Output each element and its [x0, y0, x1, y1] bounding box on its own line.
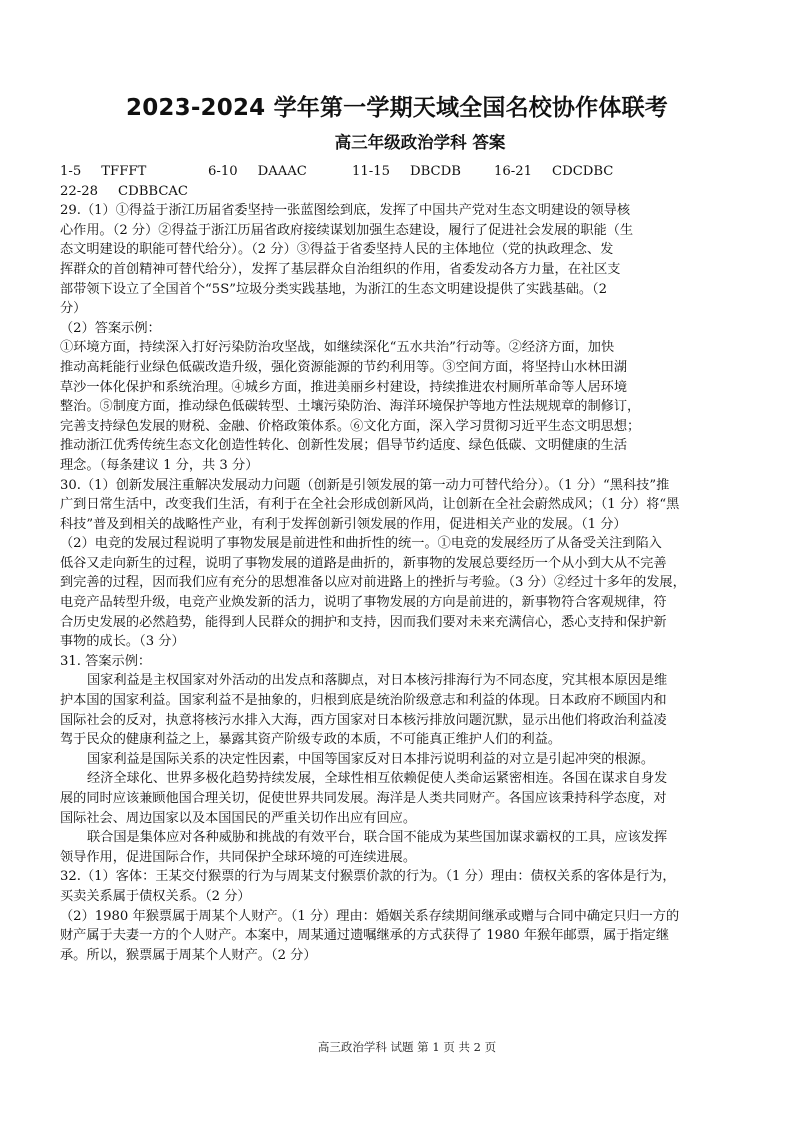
text-line: 国家利益是主权国家对外活动的出发点和落脚点，对日本核污排海行为不同态度，究其根本…	[60, 671, 732, 691]
answer-letters: CDCDBC	[552, 162, 613, 182]
text-line: 事物的成长。（3 分）	[60, 632, 732, 652]
text-line: 草沙一体化保护和系统治理。④城乡方面，推进美丽乡村建设，持续推进农村厕所革命等人…	[60, 378, 732, 398]
text-line: 挥群众的首创精神可替代给分），发挥了基层群众自治组织的作用，省委发动各方力量，在…	[60, 260, 732, 280]
question-29: 29.（1）①得益于浙江历届省委坚持一张蓝图绘到底，发挥了中国共产党对生态文明建…	[60, 201, 732, 475]
text-line: 科技”普及到相关的战略性产业，有利于发挥创新引领发展的作用，促进相关产业的发展。…	[60, 515, 732, 535]
question-30: 30.（1）创新发展注重解决发展动力问题（创新是引领发展的第一动力可替代给分）。…	[60, 476, 732, 652]
answer-key-row-2: 22-28 CDBBCAC	[60, 182, 732, 202]
text-line: 到完善的过程，因而我们应有充分的思想准备以应对前进路上的挫折与考验。（3 分）②…	[60, 573, 732, 593]
text-line: 态文明建设的职能可替代给分）。（2 分）③得益于省委坚持人民的主体地位（党的执政…	[60, 240, 732, 260]
text-line: 理念。（每条建议 1 分，共 3 分）	[60, 456, 732, 476]
text-line: 心作用。（2 分）②得益于浙江历届省政府接续谋划加强生态建设，履行了促进社会发展…	[60, 221, 732, 241]
text-line: 驾于民众的健康利益之上，暴露其资产阶级专政的本质，不可能真正维护人们的利益。	[60, 730, 732, 750]
answer-range: 11-15	[352, 162, 390, 182]
text-line: 国际社会的反对，执意将核污水排入大海，西方国家对日本核污排放问题沉默，显示出他们…	[60, 711, 732, 731]
text-line: 承。所以，猴票属于周某个人财产。（2 分）	[60, 946, 732, 966]
text-line: 完善支持绿色发展的财税、金融、价格政策体系。⑥文化方面，深入学习贯彻习近平生态文…	[60, 417, 732, 437]
answer-letters: TFFFT	[101, 162, 146, 182]
answer-letters: CDBBCAC	[118, 182, 188, 202]
text-line: 财产属于夫妻一方的个人财产。本案中，周某通过遗嘱继承的方式获得了 1980 年猴…	[60, 926, 732, 946]
answer-body: 1-5 TFFFT 6-10 DAAAC 11-15 DBCDB 16-21 C…	[60, 162, 732, 965]
text-line: 国家利益是国际关系的决定性因素，中国等国家反对日本排污说明利益的对立是引起冲突的…	[60, 750, 732, 770]
paragraph: 国家利益是国际关系的决定性因素，中国等国家反对日本排污说明利益的对立是引起冲突的…	[60, 750, 732, 770]
text-line: 分）	[60, 299, 732, 319]
text-line: 推动高耗能行业绿色低碳改造升级，强化资源能源的节约利用等。③空间方面，将坚持山水…	[60, 358, 732, 378]
text-line: （2）1980 年猴票属于周某个人财产。（1 分）理由：婚姻关系存续期间继承或赠…	[60, 907, 732, 927]
paragraph: 联合国是集体应对各种威胁和挑战的有效平台，联合国不能成为某些国加谋求霸权的工具，…	[60, 828, 732, 867]
answer-letters: DAAAC	[258, 162, 307, 182]
text-line: （2）电竞的发展过程说明了事物发展是前进性和曲折性的统一。①电竞的发展经历了从备…	[60, 534, 732, 554]
question-32: 32.（1）客体：王某交付猴票的行为与周某支付猴票价款的行为。（1 分）理由：债…	[60, 867, 732, 965]
answer-group: 16-21 CDCDBC	[494, 162, 654, 182]
paragraph: 国家利益是主权国家对外活动的出发点和落脚点，对日本核污排海行为不同态度，究其根本…	[60, 671, 732, 749]
question-31: 31. 答案示例： 国家利益是主权国家对外活动的出发点和落脚点，对日本核污排海行…	[60, 652, 732, 868]
answer-range: 16-21	[494, 162, 532, 182]
text-line: 联合国是集体应对各种威胁和挑战的有效平台，联合国不能成为某些国加谋求霸权的工具，…	[60, 828, 732, 848]
text-line: 合历史发展的必然趋势，能得到人民群众的拥护和支持，因而我们要对未来充满信心，悉心…	[60, 613, 732, 633]
text-line: 推动浙江优秀传统生态文化创造性转化、创新性发展；倡导节约适度、绿色低碳、文明健康…	[60, 436, 732, 456]
document-page: 2023-2024 学年第一学期天域全国名校协作体联考 高三年级政治学科 答案 …	[0, 0, 794, 1123]
text-line: 经济全球化、世界多极化趋势持续发展，全球性相互依赖促使人类命运紧密相连。各国在谋…	[60, 769, 732, 789]
answer-key-row-1: 1-5 TFFFT 6-10 DAAAC 11-15 DBCDB 16-21 C…	[60, 162, 732, 182]
text-line: 电竞产品转型升级，电竞产业焕发新的活力，说明了事物发展的方向是前进的，新事物符合…	[60, 593, 732, 613]
text-line: 展的同时应该兼顾他国合理关切，促使世界共同发展。海洋是人类共同财产。各国应该秉持…	[60, 789, 732, 809]
answer-range: 6-10	[208, 162, 238, 182]
text-line: 护本国的国家利益。国家利益不是抽象的，归根到底是统治阶级意志和利益的体现。日本政…	[60, 691, 732, 711]
page-footer: 高三政治学科 试题 第 1 页 共 2 页	[0, 1039, 794, 1055]
text-line: 整治。⑤制度方面，推动绿色低碳转型、土壤污染防治、海洋环境保护等地方性法规规章的…	[60, 397, 732, 417]
text-line: ①环境方面，持续深入打好污染防治攻坚战，如继续深化“五水共治”行动等。②经济方面…	[60, 338, 732, 358]
answer-range: 22-28	[60, 182, 98, 202]
text-line: 买卖关系属于债权关系。（2 分）	[60, 887, 732, 907]
answer-letters: DBCDB	[410, 162, 461, 182]
text-line: 29.（1）①得益于浙江历届省委坚持一张蓝图绘到底，发挥了中国共产党对生态文明建…	[60, 201, 732, 221]
text-line: 32.（1）客体：王某交付猴票的行为与周某支付猴票价款的行为。（1 分）理由：债…	[60, 867, 732, 887]
answer-range: 1-5	[60, 162, 81, 182]
text-line: 部带领下设立了全国首个“5S”垃圾分类实践基地，为浙江的生态文明建设提供了实践基…	[60, 280, 732, 300]
text-line: （2）答案示例：	[60, 319, 732, 339]
exam-subtitle: 高三年级政治学科 答案	[270, 129, 570, 153]
question-heading: 31. 答案示例：	[60, 652, 732, 672]
text-line: 低谷又走向新生的过程，说明了事物发展的道路是曲折的，新事物的发展总要经历一个从小…	[60, 554, 732, 574]
exam-title: 2023-2024 学年第一学期天域全国名校协作体联考	[0, 89, 794, 122]
text-line: 30.（1）创新发展注重解决发展动力问题（创新是引领发展的第一动力可替代给分）。…	[60, 476, 732, 496]
paragraph: 经济全球化、世界多极化趋势持续发展，全球性相互依赖促使人类命运紧密相连。各国在谋…	[60, 769, 732, 828]
text-line: 广到日常生活中，改变我们生活，有利于在全社会形成创新风尚，让创新在全社会蔚然成风…	[60, 495, 732, 515]
answer-group: 22-28 CDBBCAC	[60, 182, 188, 202]
text-line: 国际社会、周边国家以及本国国民的严重关切作出应有回应。	[60, 809, 732, 829]
answer-group: 6-10 DAAAC	[208, 162, 352, 182]
answer-group: 11-15 DBCDB	[352, 162, 494, 182]
answer-group: 1-5 TFFFT	[60, 162, 208, 182]
text-line: 领导作用，促进国际合作，共同保护全球环境的可连续进展。	[60, 848, 732, 868]
